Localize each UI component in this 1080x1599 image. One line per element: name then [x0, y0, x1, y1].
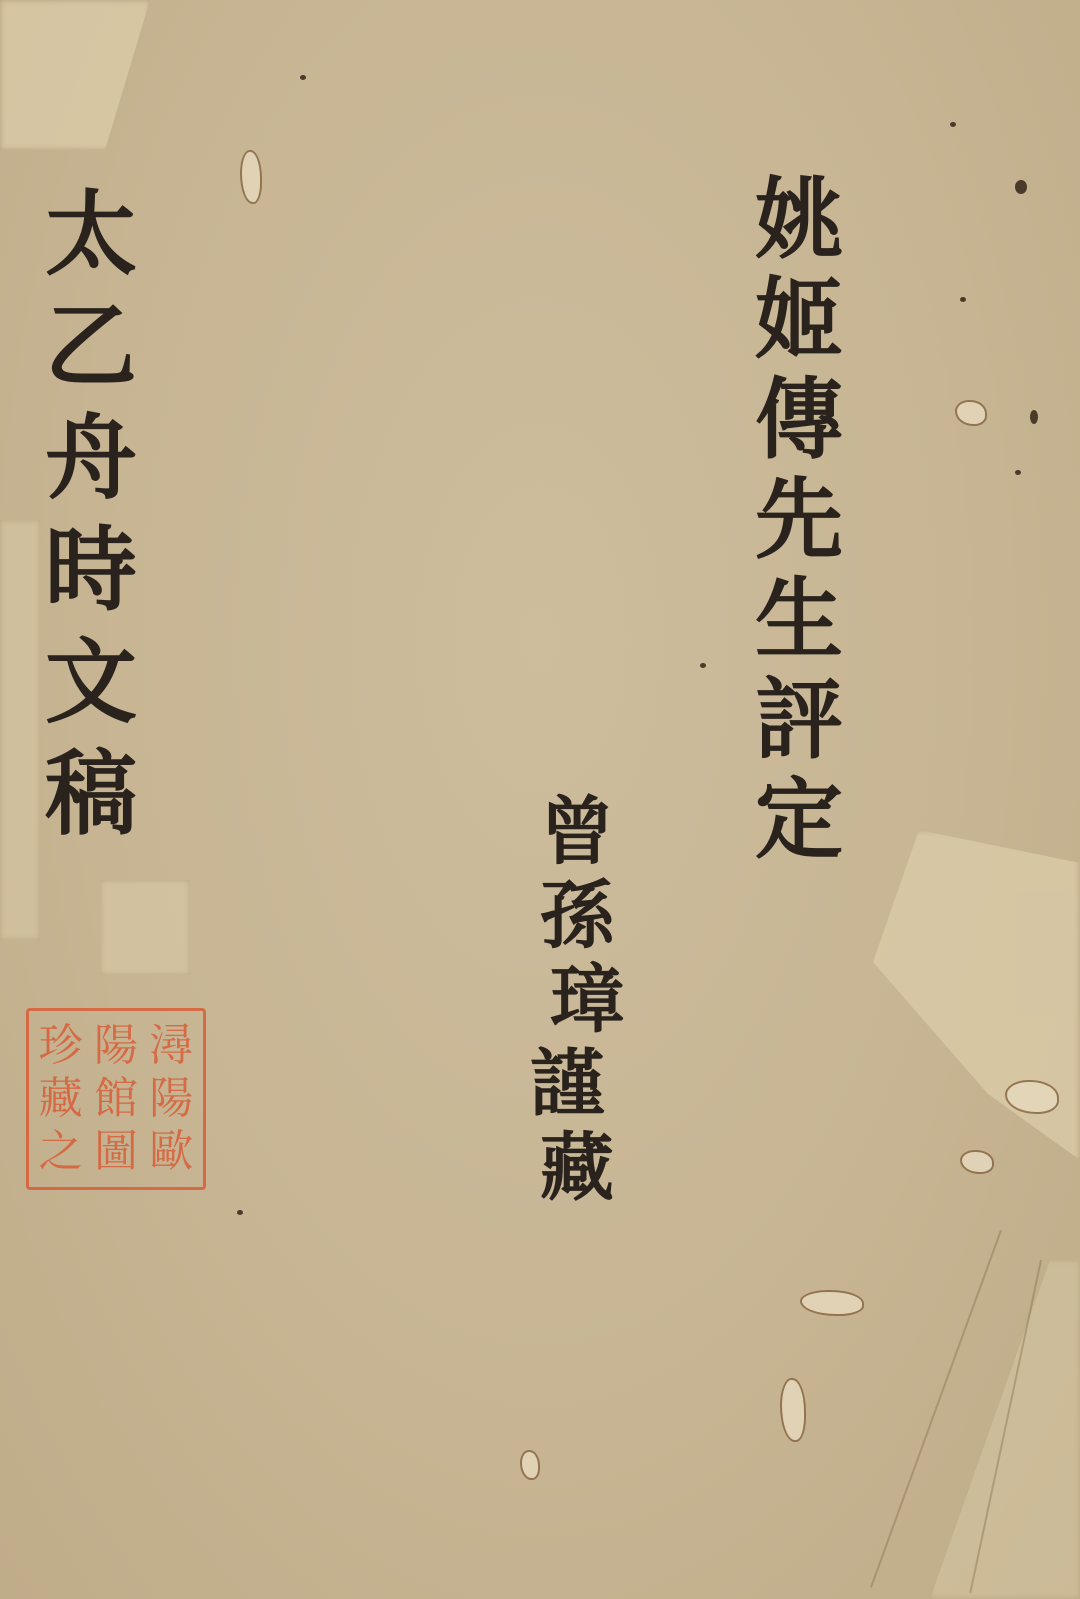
- title-char: 文: [45, 636, 137, 728]
- title-char: 太: [45, 188, 137, 280]
- wormhole: [960, 1150, 994, 1174]
- seal-char: 館: [94, 1077, 138, 1121]
- title-char: 姚: [755, 175, 843, 263]
- title-char: 先: [755, 475, 843, 563]
- book-cover-page: 太 乙 舟 時 文 稿 姚 姬 傳 先 生 評 定 曾 孫 璋 謹 藏 潯 陽 …: [0, 0, 1080, 1599]
- seal-char: 圖: [94, 1130, 138, 1174]
- title-char: 時: [45, 524, 137, 616]
- seal-char: 陽: [149, 1077, 193, 1121]
- inscription-char: 孫: [540, 879, 614, 953]
- title-char: 生: [755, 575, 843, 663]
- seal-char: 珍: [39, 1024, 83, 1068]
- seal-char: 之: [39, 1130, 83, 1174]
- title-char: 傳: [755, 375, 843, 463]
- inscription-char: 曾: [540, 795, 614, 869]
- damaged-corner-top-left: [0, 0, 150, 150]
- wormhole: [780, 1378, 806, 1442]
- wormhole: [520, 1450, 540, 1480]
- seal-column: 珍 藏 之: [39, 1019, 83, 1179]
- title-char: 姬: [755, 275, 843, 363]
- damaged-patch-left: [100, 880, 190, 975]
- seal-char: 潯: [149, 1024, 193, 1068]
- seal-column: 陽 館 圖: [94, 1019, 138, 1179]
- seal-char: 藏: [39, 1077, 83, 1121]
- seal-column: 潯 陽 歐: [149, 1019, 193, 1179]
- seal-char: 歐: [149, 1130, 193, 1174]
- wormhole: [800, 1290, 864, 1316]
- title-char: 稿: [45, 748, 137, 840]
- inscription-char: 藏: [540, 1131, 614, 1205]
- editor-attribution-right: 姚 姬 傳 先 生 評 定: [755, 175, 843, 875]
- wormhole: [240, 150, 262, 204]
- wormhole: [955, 400, 987, 426]
- title-char: 評: [755, 675, 843, 763]
- damaged-edge-left: [0, 520, 40, 940]
- title-char: 定: [755, 775, 843, 863]
- inscription-char: 璋: [550, 963, 624, 1037]
- inscription-char: 謹: [530, 1047, 604, 1121]
- book-title-left: 太 乙 舟 時 文 稿: [45, 188, 137, 860]
- owner-inscription: 曾 孫 璋 謹 藏: [510, 795, 624, 1215]
- seal-char: 陽: [94, 1024, 138, 1068]
- collector-seal: 潯 陽 歐 陽 館 圖 珍 藏 之: [26, 1008, 206, 1190]
- title-char: 舟: [45, 412, 137, 504]
- title-char: 乙: [45, 300, 137, 392]
